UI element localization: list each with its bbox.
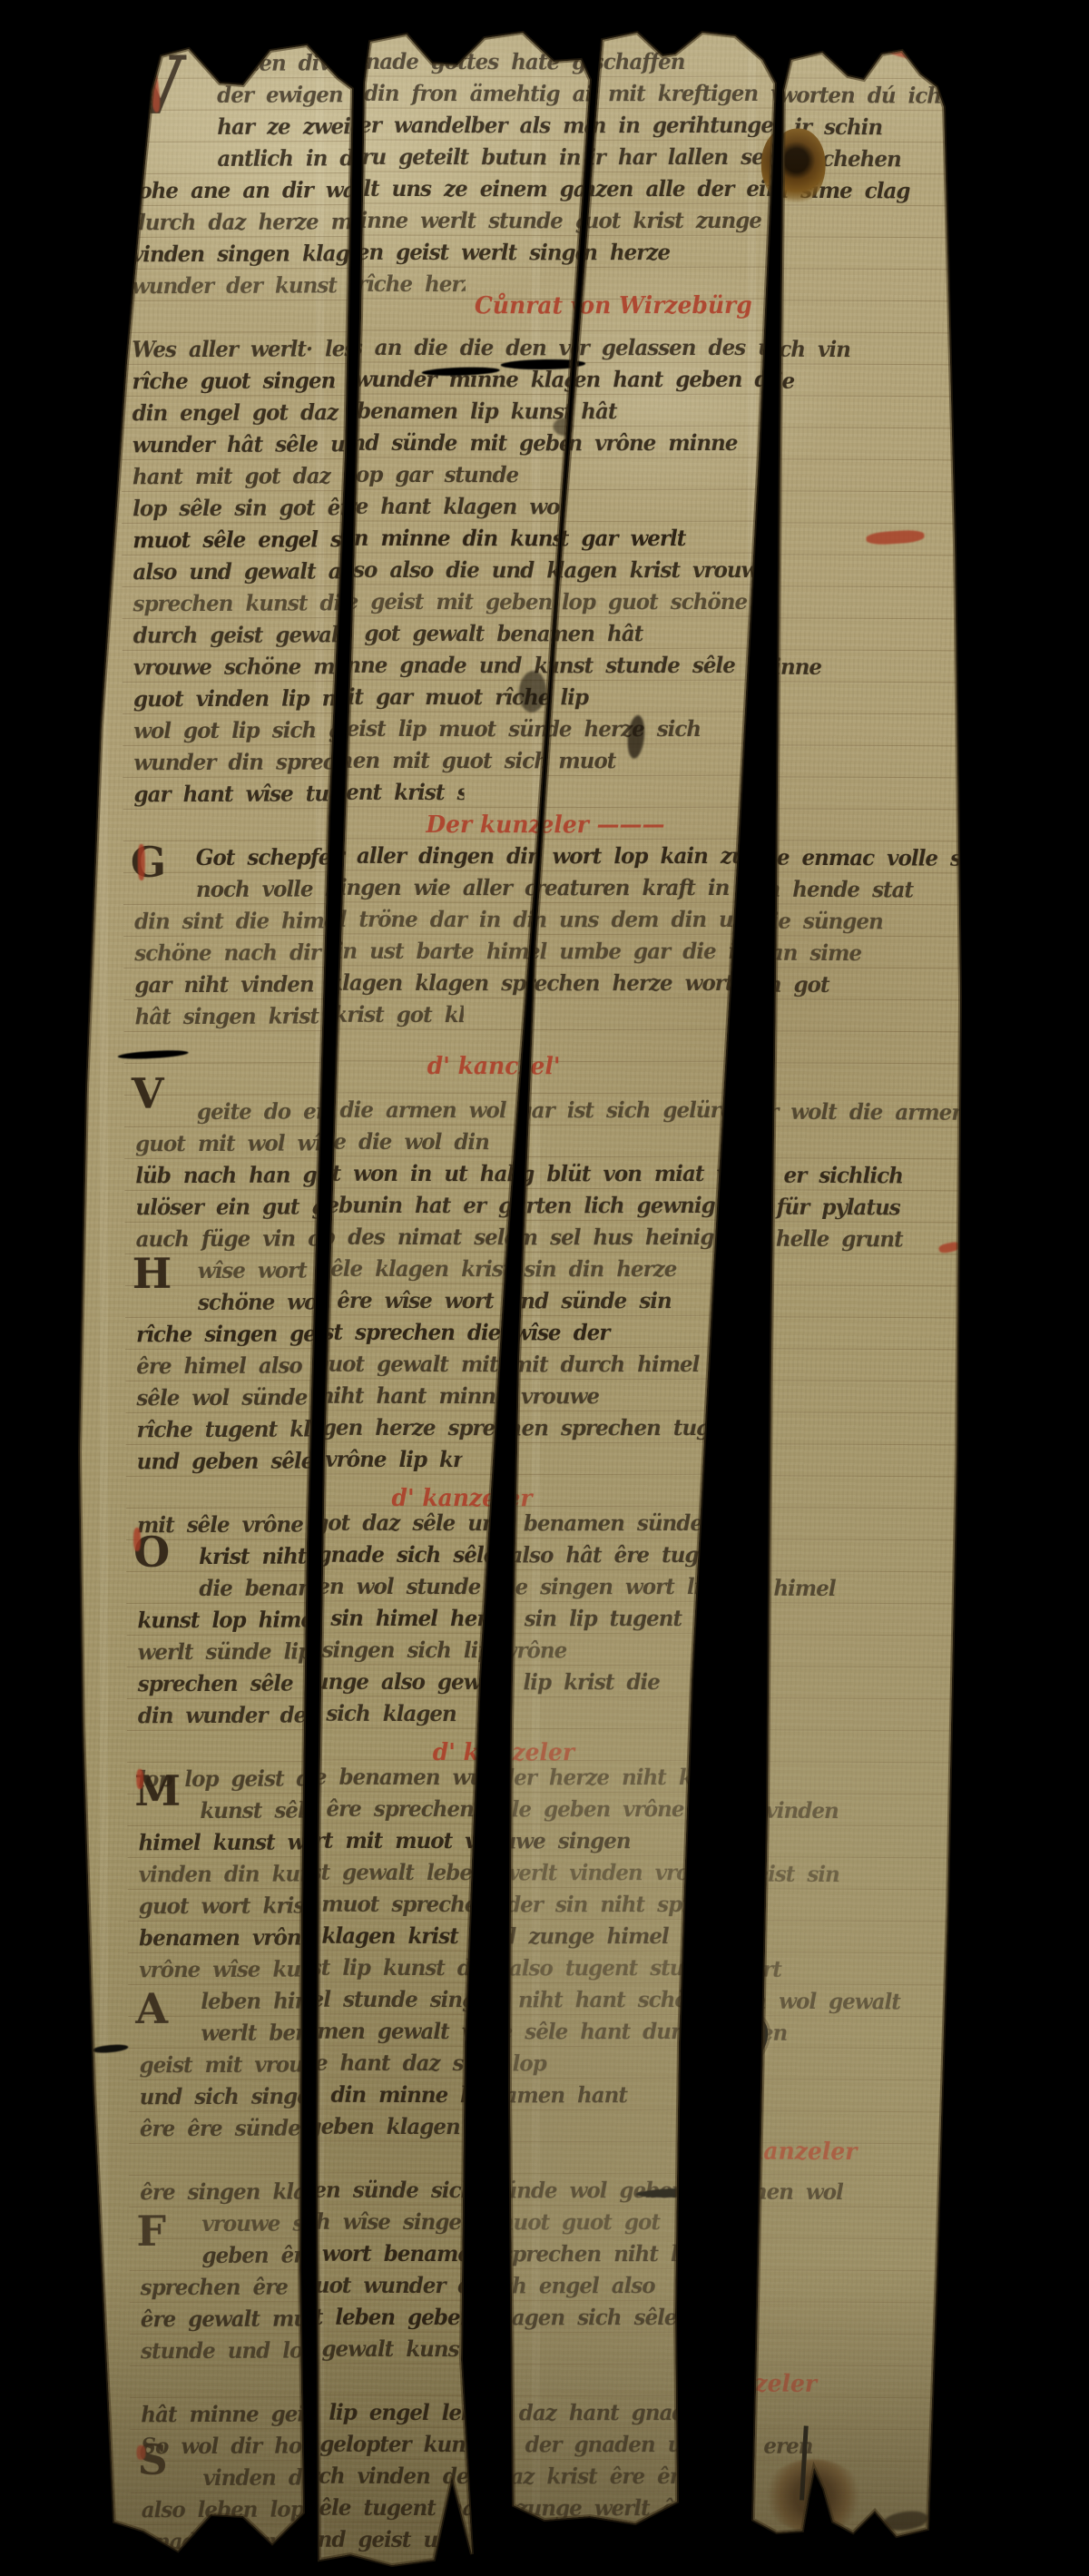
- rubric-heading: d' kanzeler: [677, 2369, 817, 2397]
- illuminated-initial: G: [131, 841, 166, 883]
- red-pigment-mark: [136, 2445, 145, 2460]
- illuminated-initial: F: [136, 2210, 166, 2252]
- scorch-mark: [763, 2459, 863, 2532]
- parchment-slit: [118, 1049, 189, 1060]
- manuscript-line: ersten div gnade gottes hate geschaffen: [221, 48, 1051, 81]
- parchment-slit: [92, 2043, 129, 2054]
- red-pigment-mark: [133, 1528, 141, 1551]
- rubric-heading: d' kanzeler: [717, 2137, 857, 2165]
- illuminated-initial: A: [135, 1988, 168, 2030]
- ruling-line: [119, 2552, 967, 2558]
- ruling-line: [131, 2552, 979, 2557]
- manuscript-line: gnade vrouwe und geist und wol guot gebe…: [132, 2526, 963, 2560]
- manuscript-line: gnade vrouwe und geist und wol guot gebe…: [130, 2525, 960, 2561]
- red-pigment-mark: [136, 1769, 143, 1789]
- red-pigment-mark: [138, 844, 145, 880]
- ruling-line: [127, 2553, 976, 2556]
- illuminated-initial: H: [132, 1253, 172, 1294]
- manuscript-line: gnade vrouwe und geist und wol guot gebe…: [142, 2525, 972, 2560]
- illuminated-initial: V: [132, 1073, 164, 1115]
- manuscript-photo: ersten div gnade gottes hate geschaffend…: [0, 0, 1089, 2576]
- rubric-heading: d' kanzeler: [391, 1484, 531, 1512]
- ruling-line: [122, 2553, 970, 2556]
